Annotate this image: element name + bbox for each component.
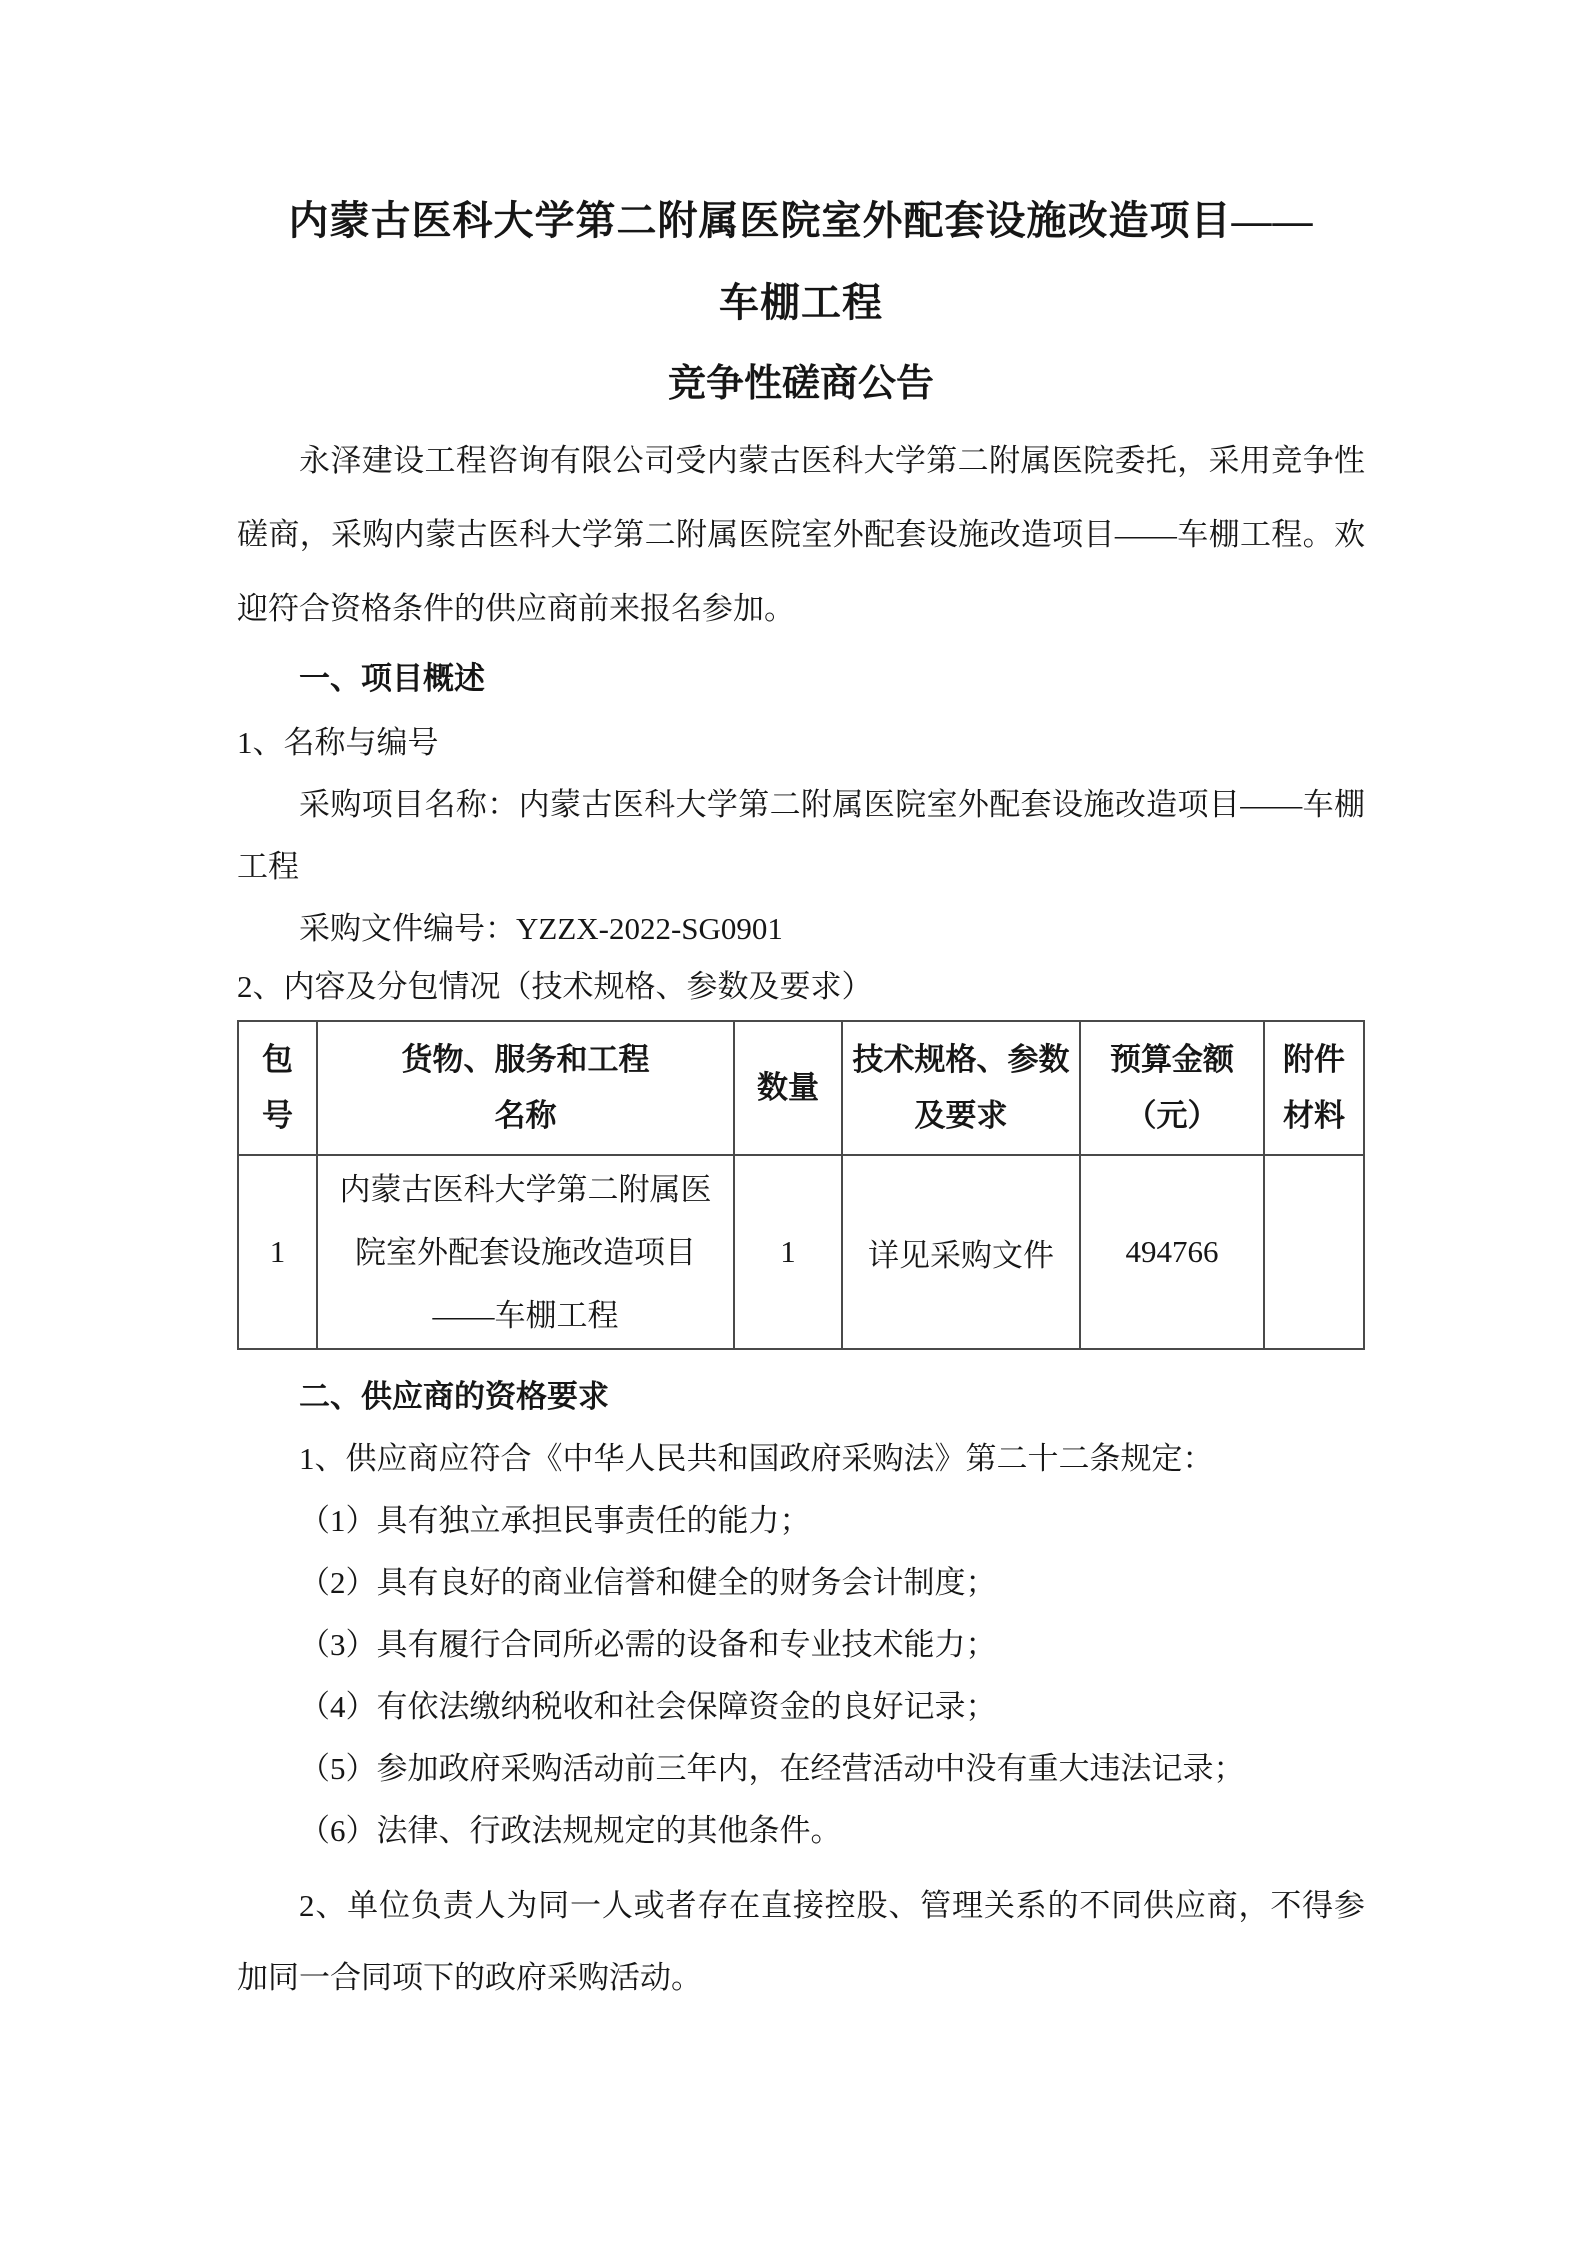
header-goods-name: 货物、服务和工程 名称	[317, 1021, 734, 1155]
header-quantity-line1: 数量	[735, 1060, 841, 1116]
header-budget: 预算金额 （元）	[1080, 1021, 1264, 1155]
cell-budget: 494766	[1080, 1155, 1264, 1349]
header-package-no-line2: 号	[239, 1088, 316, 1144]
document-title-line1: 内蒙古医科大学第二附属医院室外配套设施改造项目——	[237, 180, 1365, 262]
packages-table: 包 号 货物、服务和工程 名称 数量 技术规格、参数 及要求 预算金额 （元）	[237, 1020, 1365, 1350]
file-number-paragraph: 采购文件编号：YZZX-2022-SG0901	[237, 898, 1365, 960]
header-spec: 技术规格、参数 及要求	[842, 1021, 1080, 1155]
header-budget-line1: 预算金额	[1081, 1032, 1263, 1088]
project-name-paragraph: 采购项目名称：内蒙古医科大学第二附属医院室外配套设施改造项目——车棚工程	[237, 774, 1365, 898]
header-attachment-line2: 材料	[1265, 1088, 1363, 1144]
intro-paragraph: 永泽建设工程咨询有限公司受内蒙古医科大学第二附属医院委托，采用竞争性磋商，采购内…	[237, 424, 1365, 646]
section-one-sub1-label: 1、名称与编号	[237, 712, 1365, 774]
header-package-no-line1: 包	[239, 1032, 316, 1088]
packages-table-body: 1 内蒙古医科大学第二附属医院室外配套设施改造项目——车棚工程 1 详见采购文件…	[238, 1155, 1364, 1349]
cell-attachment	[1264, 1155, 1364, 1349]
closing-paragraph: 2、单位负责人为同一人或者存在直接控股、管理关系的不同供应商，不得参加同一合同项…	[237, 1870, 1365, 2014]
header-spec-line1: 技术规格、参数	[843, 1032, 1079, 1088]
qualification-item-3: （3）具有履行合同所必需的设备和专业技术能力；	[237, 1614, 1365, 1676]
cell-quantity: 1	[734, 1155, 842, 1349]
cell-goods-name-text: 内蒙古医科大学第二附属医院室外配套设施改造项目——车棚工程	[318, 1158, 733, 1347]
header-attachment-line1: 附件	[1265, 1032, 1363, 1088]
header-quantity: 数量	[734, 1021, 842, 1155]
cell-goods-name: 内蒙古医科大学第二附属医院室外配套设施改造项目——车棚工程	[317, 1155, 734, 1349]
section-two-heading: 二、供应商的资格要求	[237, 1366, 1365, 1428]
document-title: 内蒙古医科大学第二附属医院室外配套设施改造项目—— 车棚工程	[237, 180, 1365, 344]
header-goods-name-line1: 货物、服务和工程	[318, 1032, 733, 1088]
document-page: 内蒙古医科大学第二附属医院室外配套设施改造项目—— 车棚工程 竞争性磋商公告 永…	[0, 0, 1587, 2245]
section-one-heading: 一、项目概述	[237, 646, 1365, 712]
document-subtitle: 竞争性磋商公告	[237, 344, 1365, 424]
section-one-sub2-label: 2、内容及分包情况（技术规格、参数及要求）	[237, 960, 1365, 1014]
header-budget-line2: （元）	[1081, 1088, 1263, 1144]
table-header-row: 包 号 货物、服务和工程 名称 数量 技术规格、参数 及要求 预算金额 （元）	[238, 1021, 1364, 1155]
qualification-item-1: （1）具有独立承担民事责任的能力；	[237, 1490, 1365, 1552]
qualification-item-2: （2）具有良好的商业信誉和健全的财务会计制度；	[237, 1552, 1365, 1614]
header-package-no: 包 号	[238, 1021, 317, 1155]
qualification-item-4: （4）有依法缴纳税收和社会保障资金的良好记录；	[237, 1676, 1365, 1738]
section-two-intro: 1、供应商应符合《中华人民共和国政府采购法》第二十二条规定：	[237, 1428, 1365, 1490]
header-attachment: 附件 材料	[1264, 1021, 1364, 1155]
qualification-item-6: （6）法律、行政法规规定的其他条件。	[237, 1800, 1365, 1862]
header-spec-line2: 及要求	[843, 1088, 1079, 1144]
qualification-item-5: （5）参加政府采购活动前三年内，在经营活动中没有重大违法记录；	[237, 1738, 1365, 1800]
header-goods-name-line2: 名称	[318, 1088, 733, 1144]
document-title-line2: 车棚工程	[237, 262, 1365, 344]
cell-package-no: 1	[238, 1155, 317, 1349]
packages-table-header: 包 号 货物、服务和工程 名称 数量 技术规格、参数 及要求 预算金额 （元）	[238, 1021, 1364, 1155]
cell-spec: 详见采购文件	[842, 1155, 1080, 1349]
table-row: 1 内蒙古医科大学第二附属医院室外配套设施改造项目——车棚工程 1 详见采购文件…	[238, 1155, 1364, 1349]
